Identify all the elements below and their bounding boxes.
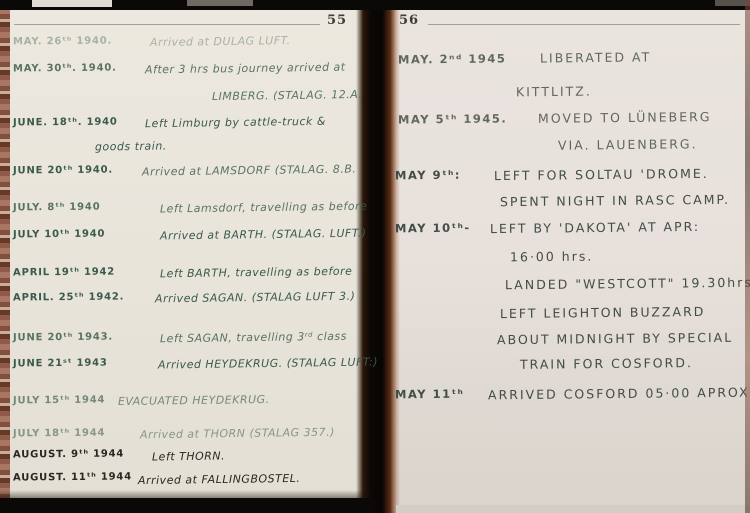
entry-date: JUNE 20ᵗʰ 1943.: [13, 332, 113, 344]
entry-text: EVACUATED HEYDEKRUG.: [118, 393, 270, 408]
binding-edge: [0, 8, 10, 500]
photo-top-notch: [187, 0, 253, 6]
entry-date: JUNE 20ᵗʰ 1940.: [13, 165, 113, 177]
entry-text: Left SAGAN, travelling 3ʳᵈ class: [160, 330, 347, 346]
photo-bottom-edge: [0, 498, 370, 513]
entry-text: MOVED TO LÜNEBERG: [538, 109, 712, 126]
entry-text: Arrived at THORN (STALAG 357.): [140, 426, 335, 442]
entry-text: LIMBERG. (STALAG. 12.A.: [212, 88, 363, 103]
entry-date: JUNE. 18ᵗʰ. 1940: [13, 117, 118, 129]
entry-text: Left Limburg by cattle-truck &: [145, 115, 326, 131]
page-number-left: 55: [327, 13, 347, 28]
entry-text: VIA. LAUENBERG.: [558, 136, 698, 152]
entry-text: LEFT LEIGHTON BUZZARD: [500, 304, 706, 321]
entry-text: LEFT FOR SOLTAU 'DROME.: [494, 166, 709, 183]
entry-date: MAY. 30ᵗʰ. 1940.: [13, 63, 117, 75]
header-rule-right: [428, 24, 740, 25]
diary-photo: 55 56 MAY. 26ᵗʰ 1940. Arrived at DULAG L…: [0, 0, 750, 513]
entry-date: JULY 15ᵗʰ 1944: [13, 395, 105, 407]
entry-date: MAY 5ᵗʰ 1945.: [398, 111, 507, 126]
entry-date: JULY 10ᵗʰ 1940: [13, 229, 105, 241]
book-gutter: [356, 0, 400, 513]
entry-text: LANDED "WESTCOTT" 19.30hrs: [505, 275, 750, 293]
entry-date: MAY 9ᵗʰ:: [395, 168, 461, 183]
entry-text: Arrived at FALLINGBOSTEL.: [138, 472, 301, 487]
entry-text: KITTLITZ.: [516, 84, 592, 100]
entry-date: JULY. 8ᵗʰ 1940: [13, 202, 101, 214]
entry-date: AUGUST. 9ᵗʰ 1944: [13, 449, 124, 461]
entry-text: SPENT NIGHT IN RASC CAMP.: [500, 192, 730, 209]
entry-text: Left BARTH, travelling as before: [160, 265, 353, 281]
entry-date: MAY 11ᵗʰ: [395, 387, 464, 402]
entry-text: 16·00 hrs.: [510, 249, 593, 265]
entry-text: ABOUT MIDNIGHT BY SPECIAL: [497, 330, 733, 347]
header-rule-left: [14, 24, 320, 25]
entry-text: goods train.: [95, 139, 167, 153]
photo-top-notch: [32, 0, 112, 7]
photo-bottom-shadow: [0, 490, 370, 498]
photo-top-edge: [0, 0, 750, 10]
photo-right-edge: [745, 0, 750, 513]
entry-date: MAY. 2ⁿᵈ 1945: [398, 51, 506, 66]
entry-date: APRIL 19ᵗʰ 1942: [13, 267, 115, 279]
entry-text: Arrived SAGAN. (STALAG LUFT 3.): [155, 290, 356, 306]
entry-date: JULY 18ᵗʰ 1944: [13, 428, 105, 440]
entry-text: Left THORN.: [152, 449, 225, 463]
entry-text: Arrived at DULAG LUFT.: [150, 34, 291, 49]
entry-date: MAY. 26ᵗʰ 1940.: [13, 36, 112, 48]
entry-text: LIBERATED AT: [540, 49, 651, 65]
entry-date: AUGUST. 11ᵗʰ 1944: [13, 471, 132, 483]
entry-text: TRAIN FOR COSFORD.: [520, 355, 693, 372]
entry-date: APRIL. 25ᵗʰ 1942.: [13, 292, 124, 304]
entry-text: After 3 hrs bus journey arrived at: [145, 61, 346, 77]
page-number-right: 56: [399, 13, 419, 28]
entry-text: LEFT BY 'DAKOTA' AT APR:: [490, 219, 700, 236]
entry-text: ARRIVED COSFORD 05·00 APROX:: [488, 385, 750, 403]
entry-date: JUNE 21ˢᵗ 1943: [13, 358, 108, 370]
photo-bottom-strip: [396, 505, 750, 513]
entry-date: MAY 10ᵗʰ-: [395, 221, 471, 236]
